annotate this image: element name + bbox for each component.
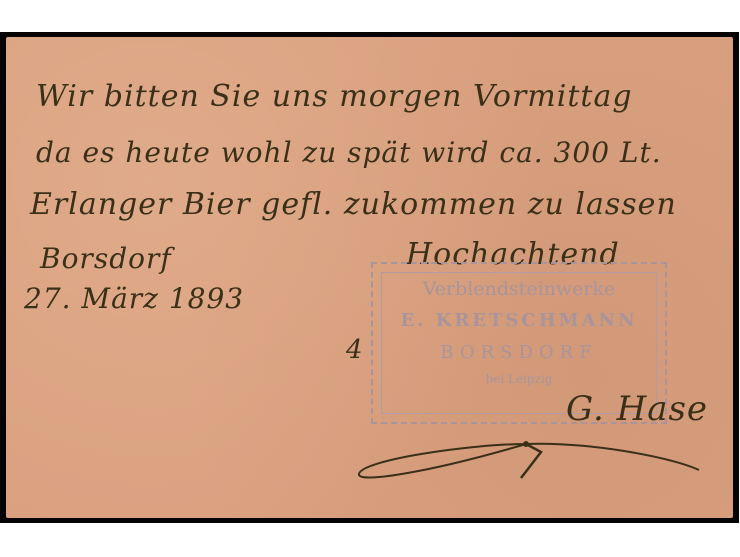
handwritten-mark: 4 bbox=[346, 335, 364, 365]
stamp-line-1: Verblendsteinwerke bbox=[373, 278, 665, 300]
stamp-line-4: bei Leipzig bbox=[373, 372, 665, 386]
stamp-line-2: E. KRETSCHMANN bbox=[373, 310, 665, 331]
stamp-line-3: BORSDORF bbox=[373, 342, 665, 363]
postcard: Wir bitten Sie uns morgen Vormittag da e… bbox=[6, 37, 733, 518]
place-name: Borsdorf bbox=[40, 242, 172, 275]
signature-flourish bbox=[351, 422, 711, 492]
message-line-2: da es heute wohl zu spät wird ca. 300 Lt… bbox=[36, 136, 662, 169]
message-line-1: Wir bitten Sie uns morgen Vormittag bbox=[36, 79, 633, 114]
date: 27. März 1893 bbox=[24, 282, 244, 315]
message-line-3: Erlanger Bier gefl. zukommen zu lassen bbox=[30, 187, 677, 222]
